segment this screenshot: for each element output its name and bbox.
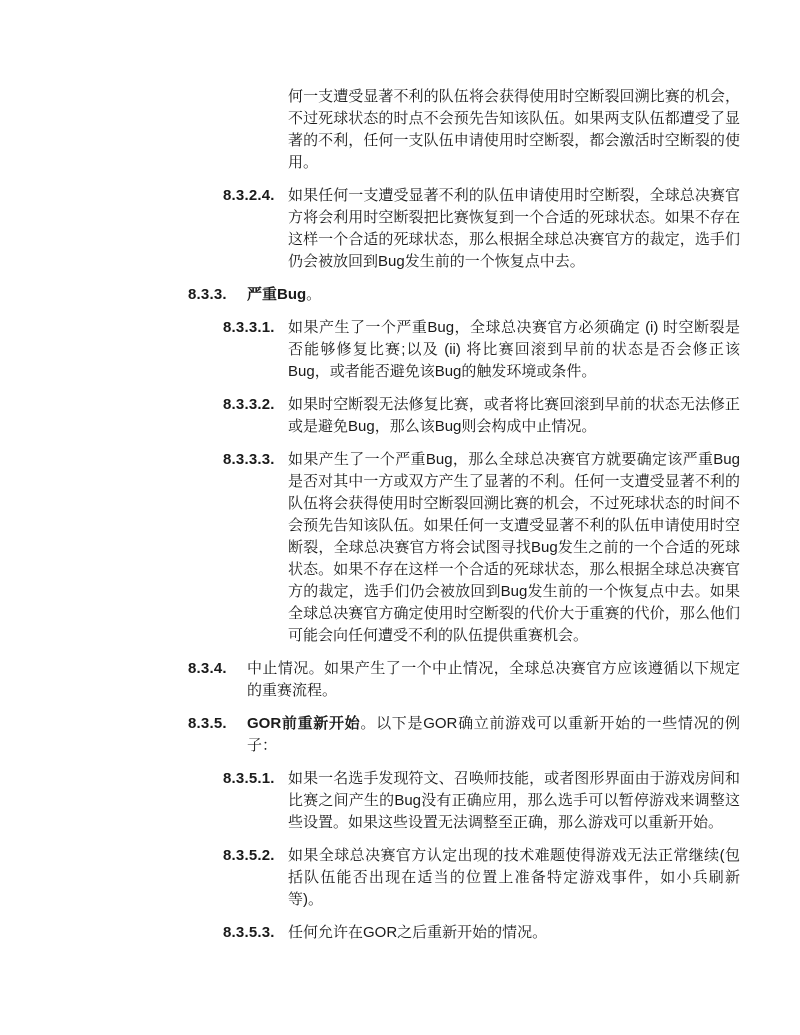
section-8-3-5-2: 8.3.5.2. 如果全球总决赛官方认定出现的技术难题使得游戏无法正常继续(包括… xyxy=(188,845,740,911)
section-body-text: 任何允许在GOR之后重新开始的情况。 xyxy=(288,924,547,941)
section-8-3-5: 8.3.5. GOR前重新开始。以下是GOR确立前游戏可以重新开始的一些情况的例… xyxy=(188,713,740,757)
section-body-text: 如果产生了一个严重Bug，全球总决赛官方必须确定 (i) 时空断裂是否能够修复比… xyxy=(288,319,740,380)
section-8-3-3: 8.3.3. 严重Bug。 xyxy=(188,284,740,306)
section-8-3-2-4: 8.3.2.4. 如果任何一支遭受显著不利的队伍申请使用时空断裂，全球总决赛官方… xyxy=(188,185,740,273)
section-8-3-5-3: 8.3.5.3. 任何允许在GOR之后重新开始的情况。 xyxy=(188,922,740,944)
document-page: 何一支遭受显著不利的队伍将会获得使用时空断裂回溯比赛的机会，不过死球状态的时点不… xyxy=(0,0,800,1035)
section-body-text: 如果时空断裂无法修复比赛，或者将比赛回滚到早前的状态无法修正或是避免Bug，那么… xyxy=(288,396,740,435)
section-text: 如果产生了一个严重Bug，那么全球总决赛官方就要确定该严重Bug是否对其中一方或… xyxy=(288,449,740,647)
section-text: 如果时空断裂无法修复比赛，或者将比赛回滚到早前的状态无法修正或是避免Bug，那么… xyxy=(288,394,740,438)
section-8-3-3-1: 8.3.3.1. 如果产生了一个严重Bug，全球总决赛官方必须确定 (i) 时空… xyxy=(188,317,740,383)
section-text: 如果一名选手发现符文、召唤师技能，或者图形界面由于游戏房间和比赛之间产生的Bug… xyxy=(288,768,740,834)
section-number: 8.3.3.2. xyxy=(223,394,275,416)
section-text: 何一支遭受显著不利的队伍将会获得使用时空断裂回溯比赛的机会，不过死球状态的时点不… xyxy=(288,86,740,174)
section-number: 8.3.2.4. xyxy=(223,185,275,207)
section-number: 8.3.5.2. xyxy=(223,845,275,867)
section-number: 8.3.3.3. xyxy=(223,449,275,471)
section-text: GOR前重新开始。以下是GOR确立前游戏可以重新开始的一些情况的例子： xyxy=(247,713,740,757)
section-number: 8.3.5.1. xyxy=(223,768,275,790)
section-text: 中止情况。如果产生了一个中止情况，全球总决赛官方应该遵循以下规定的重赛流程。 xyxy=(247,658,740,702)
section-body-text: 何一支遭受显著不利的队伍将会获得使用时空断裂回溯比赛的机会，不过死球状态的时点不… xyxy=(288,88,740,171)
section-number: 8.3.5.3. xyxy=(223,922,275,944)
section-text: 如果任何一支遭受显著不利的队伍申请使用时空断裂，全球总决赛官方将会利用时空断裂把… xyxy=(288,185,740,273)
section-number: 8.3.3.1. xyxy=(223,317,275,339)
document-content: 何一支遭受显著不利的队伍将会获得使用时空断裂回溯比赛的机会，不过死球状态的时点不… xyxy=(188,86,740,955)
section-text: 如果全球总决赛官方认定出现的技术难题使得游戏无法正常继续(包括队伍能否出现在适当… xyxy=(288,845,740,911)
section-8-3-3-2: 8.3.3.2. 如果时空断裂无法修复比赛，或者将比赛回滚到早前的状态无法修正或… xyxy=(188,394,740,438)
section-text: 严重Bug。 xyxy=(247,284,740,306)
section-term: 严重Bug xyxy=(247,286,306,303)
section-body-text: 。 xyxy=(306,286,321,303)
section-8-3-4: 8.3.4. 中止情况。如果产生了一个中止情况，全球总决赛官方应该遵循以下规定的… xyxy=(188,658,740,702)
section-body-text: 中止情况。如果产生了一个中止情况，全球总决赛官方应该遵循以下规定的重赛流程。 xyxy=(247,660,740,699)
section-body-text: 如果任何一支遭受显著不利的队伍申请使用时空断裂，全球总决赛官方将会利用时空断裂把… xyxy=(288,187,740,270)
section-8-3-5-1: 8.3.5.1. 如果一名选手发现符文、召唤师技能，或者图形界面由于游戏房间和比… xyxy=(188,768,740,834)
section-text: 如果产生了一个严重Bug，全球总决赛官方必须确定 (i) 时空断裂是否能够修复比… xyxy=(288,317,740,383)
section-8-3-3-3: 8.3.3.3. 如果产生了一个严重Bug，那么全球总决赛官方就要确定该严重Bu… xyxy=(188,449,740,647)
section-body-text: 如果一名选手发现符文、召唤师技能，或者图形界面由于游戏房间和比赛之间产生的Bug… xyxy=(288,770,740,831)
section-number: 8.3.5. xyxy=(188,713,227,735)
section-body-text: 如果全球总决赛官方认定出现的技术难题使得游戏无法正常继续(包括队伍能否出现在适当… xyxy=(288,847,740,908)
section-number: 8.3.4. xyxy=(188,658,227,680)
section-body-text: 如果产生了一个严重Bug，那么全球总决赛官方就要确定该严重Bug是否对其中一方或… xyxy=(288,451,740,644)
section-number: 8.3.3. xyxy=(188,284,227,306)
section-term: GOR前重新开始 xyxy=(247,715,360,732)
paragraph-continuation: 何一支遭受显著不利的队伍将会获得使用时空断裂回溯比赛的机会，不过死球状态的时点不… xyxy=(188,86,740,174)
section-text: 任何允许在GOR之后重新开始的情况。 xyxy=(288,922,740,944)
